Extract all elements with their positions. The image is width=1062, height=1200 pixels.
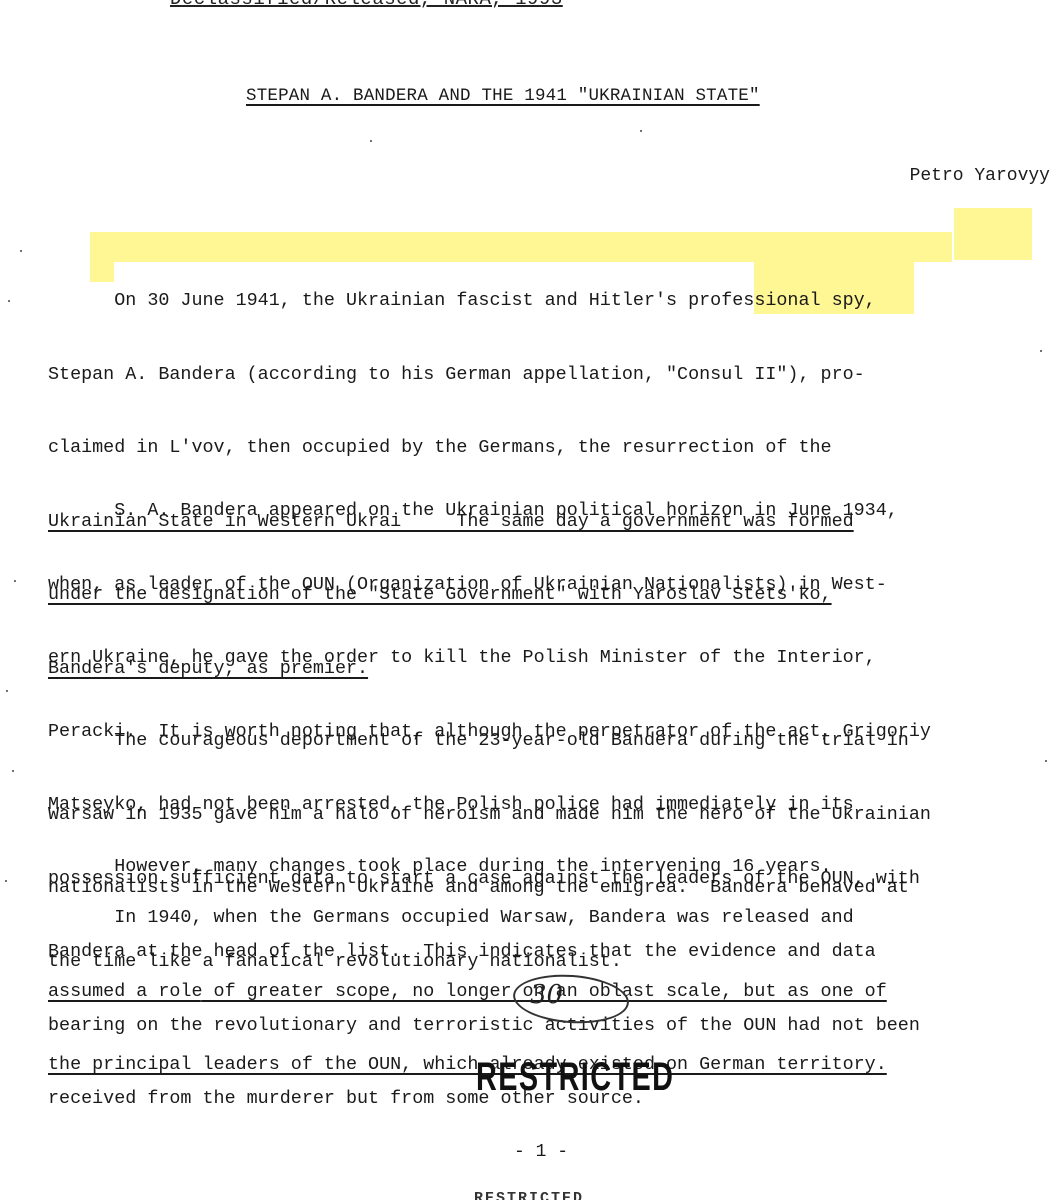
para2-line: ern Ukraine, he gave the order to kill t… — [48, 646, 1058, 671]
para2-line: when, as leader of the OUN (Organization… — [48, 573, 1058, 598]
scan-speck — [20, 250, 22, 252]
scan-speck — [5, 880, 7, 882]
para3-line: The courageous deportment of the 23-year… — [48, 729, 1058, 754]
restricted-stamp: RESTRICTED — [476, 1055, 674, 1100]
para1-line: On 30 June 1941, the Ukrainian fascist a… — [48, 289, 1058, 314]
scan-speck — [6, 690, 8, 692]
handwritten-number: 30 — [530, 980, 563, 1010]
header-fragment: Declassified/Released, NARA, 1993 — [170, 0, 563, 10]
para5-line: In 1940, when the Germans occupied Warsa… — [48, 906, 1058, 931]
scan-speck — [370, 140, 372, 142]
scan-speck — [880, 1020, 882, 1022]
scan-speck — [12, 770, 14, 772]
scan-speck — [8, 300, 10, 302]
scan-speck — [1040, 350, 1042, 352]
page-number: - 1 - — [514, 1142, 568, 1162]
para2-line: S. A. Bandera appeared on the Ukrainian … — [48, 499, 1058, 524]
author-name: Petro Yarovyy — [910, 166, 1050, 186]
scan-speck — [640, 130, 642, 132]
para1-line: Stepan A. Bandera (according to his Germ… — [48, 363, 1058, 388]
scan-speck — [200, 1000, 202, 1002]
scan-speck — [14, 580, 16, 582]
document-title: STEPAN A. BANDERA AND THE 1941 "UKRAINIA… — [246, 86, 760, 106]
bottom-stamp-fragment: RESTRICTED — [474, 1190, 584, 1200]
scan-speck — [1045, 760, 1047, 762]
document-page: Declassified/Released, NARA, 1993 STEPAN… — [0, 0, 1062, 1200]
